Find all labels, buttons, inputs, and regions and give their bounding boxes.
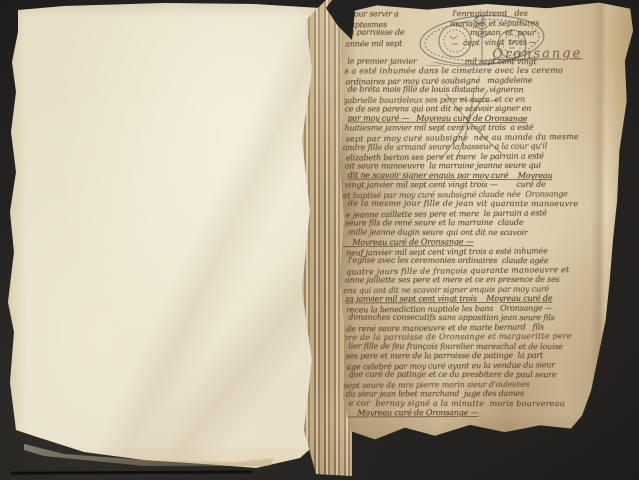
handwriting-line: lier fille de feu françois fourelier mar…	[348, 341, 632, 351]
pen-flourish-icon	[428, 88, 516, 162]
handwriting-line: ens qui ont dit ne scavoir signer enquis…	[343, 283, 627, 295]
scanned-register-photo: pour servir a l'enregistremt desbaptesme…	[0, 0, 639, 480]
page-shadow-line	[10, 470, 252, 474]
official-stamp-icon	[415, 10, 550, 72]
handwriting-lines: pour servir a l'enregistremt desbaptesme…	[344, 9, 630, 447]
handwriting-line: sept seure de mre pierre morin sieur d'o…	[344, 378, 628, 390]
handwriting-line: dit ne scavoir signer enquis par moy cur…	[348, 170, 632, 180]
handwriting-line: e cor bernay signé a la minutte moris bo…	[349, 398, 633, 408]
handwriting-line: Moyreau curé de Oronsange —	[346, 408, 630, 418]
left-page	[4, 2, 336, 476]
